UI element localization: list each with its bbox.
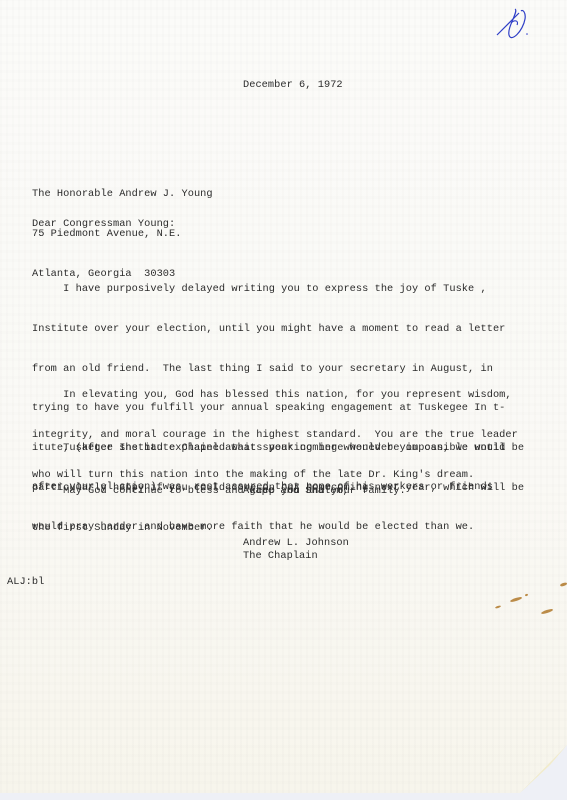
- salutation: Dear Congressman Young:: [32, 218, 175, 231]
- address-line: The Honorable Andrew J. Young: [32, 188, 213, 201]
- stain-mark: [560, 582, 567, 587]
- closing: Agape and Shalom,: [243, 485, 349, 498]
- stain-mark: [541, 608, 553, 614]
- handwritten-initial-icon: [493, 3, 533, 43]
- signature-name: Andrew L. Johnson: [243, 537, 349, 550]
- stain-mark: [525, 594, 528, 597]
- paragraph-line: I have purposively delayed writing you t…: [32, 283, 505, 296]
- reference-initials: ALJ:bl: [7, 576, 44, 589]
- paragraph-line: May God continue to bless and keep you a…: [32, 485, 406, 498]
- paragraph-line: Tuskegee Institute Chapel awaits your co…: [32, 442, 524, 455]
- stain-mark: [510, 596, 522, 602]
- paragraph-line: Institute over your election, until you …: [32, 323, 505, 336]
- paragraph-line: In elevating you, God has blessed this n…: [32, 389, 518, 402]
- signature-title: The Chaplain: [243, 550, 318, 563]
- letter-page: December 6, 1972 The Honorable Andrew J.…: [0, 0, 567, 793]
- body-paragraph: May God continue to bless and keep you a…: [32, 459, 406, 525]
- stain-mark: [495, 605, 501, 609]
- letter-date: December 6, 1972: [243, 79, 343, 92]
